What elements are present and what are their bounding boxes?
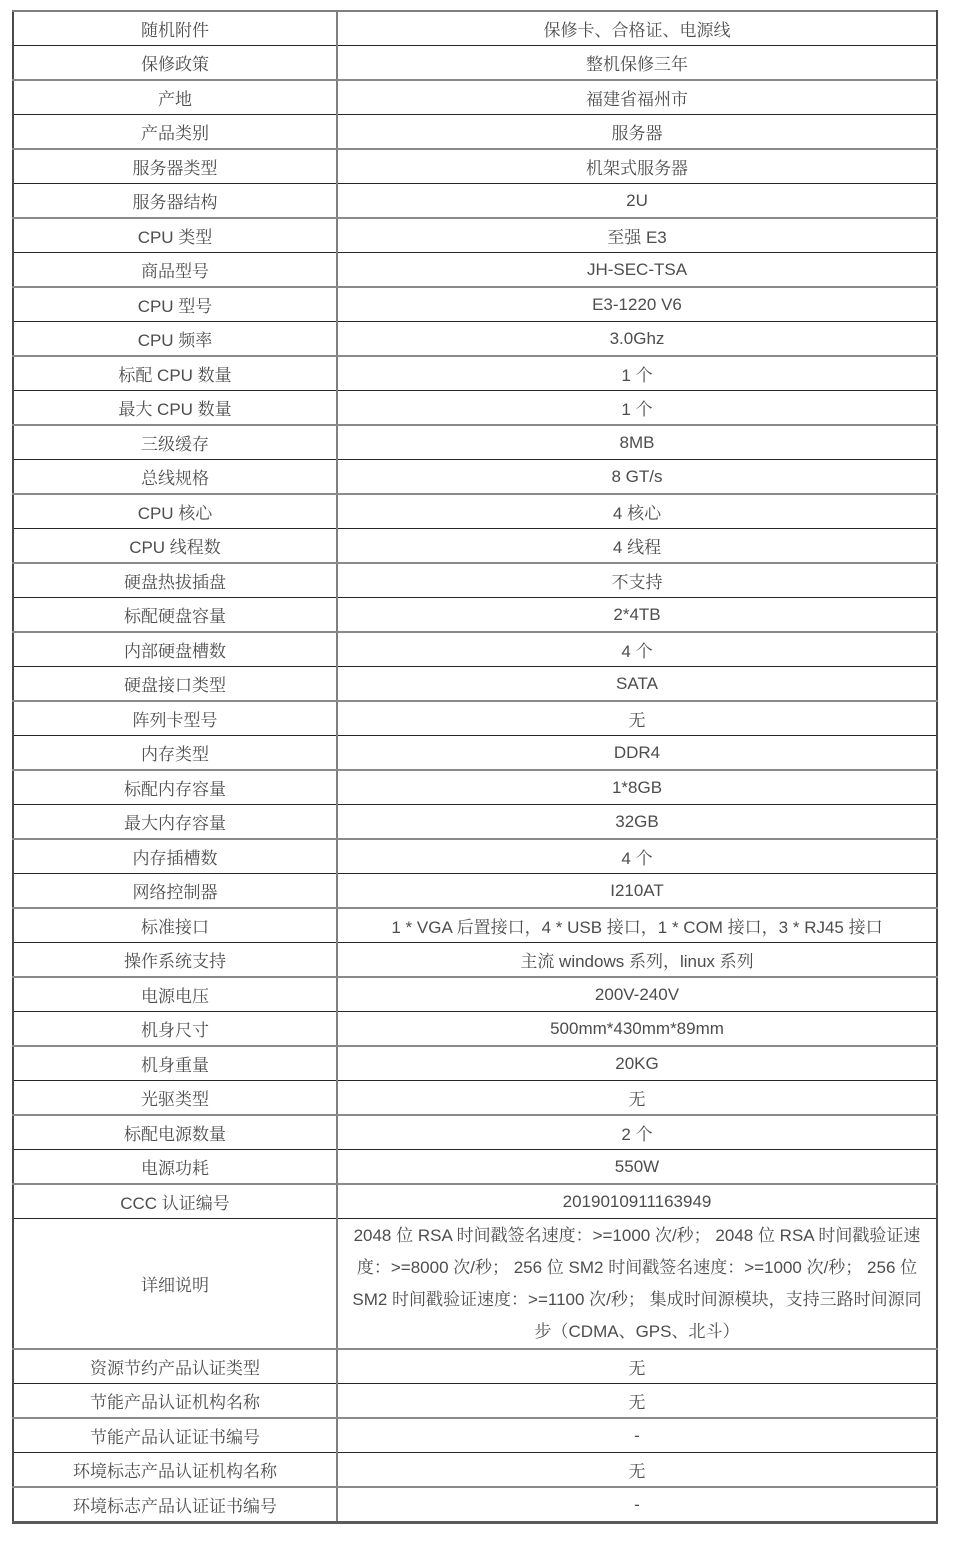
spec-label-cell: 服务器类型 (13, 149, 337, 184)
spec-value-cell: 32GB (337, 805, 937, 840)
table-row: 标配内存容量 1*8GB (13, 770, 937, 805)
spec-label-cell: 服务器结构 (13, 184, 337, 219)
spec-label-cell: 标配内存容量 (13, 770, 337, 805)
table-row: 硬盘热拔插盘 不支持 (13, 563, 937, 598)
spec-value-cell: 4 个 (337, 632, 937, 667)
spec-value-cell: 1 个 (337, 356, 937, 391)
table-row: 标配硬盘容量 2*4TB (13, 598, 937, 633)
table-row: 详细说明 2048 位 RSA 时间戳签名速度：>=1000 次/秒； 2048… (13, 1219, 937, 1350)
table-row: 内存类型 DDR4 (13, 736, 937, 771)
spec-value-cell: 2U (337, 184, 937, 219)
table-row: 保修政策 整机保修三年 (13, 46, 937, 81)
spec-label-cell: CPU 频率 (13, 322, 337, 357)
table-row: 最大内存容量 32GB (13, 805, 937, 840)
table-row: 标准接口 1 * VGA 后置接口，4 * USB 接口，1 * COM 接口，… (13, 908, 937, 943)
spec-label-cell: 最大 CPU 数量 (13, 391, 337, 426)
spec-value-cell: 20KG (337, 1046, 937, 1081)
spec-label-cell: CPU 类型 (13, 218, 337, 253)
spec-value-cell: 福建省福州市 (337, 80, 937, 115)
spec-label-cell: 内部硬盘槽数 (13, 632, 337, 667)
spec-label-cell: 标配硬盘容量 (13, 598, 337, 633)
spec-value-cell: 550W (337, 1150, 937, 1185)
table-row: 环境标志产品认证证书编号 - (13, 1487, 937, 1523)
spec-value-cell: 1 个 (337, 391, 937, 426)
spec-value-cell: 无 (337, 1081, 937, 1116)
spec-value-cell: 4 核心 (337, 494, 937, 529)
spec-label-cell: 三级缓存 (13, 425, 337, 460)
spec-value-cell: 1*8GB (337, 770, 937, 805)
spec-label-cell: 随机附件 (13, 11, 337, 46)
spec-value-cell: - (337, 1487, 937, 1523)
spec-value-cell: 服务器 (337, 115, 937, 150)
spec-value-cell: 2 个 (337, 1115, 937, 1150)
table-row: 操作系统支持 主流 windows 系列，linux 系列 (13, 943, 937, 978)
spec-value-cell: 4 线程 (337, 529, 937, 564)
table-row: CPU 类型 至强 E3 (13, 218, 937, 253)
spec-value-cell: E3-1220 V6 (337, 287, 937, 322)
spec-label-cell: 产地 (13, 80, 337, 115)
spec-value-cell: DDR4 (337, 736, 937, 771)
spec-value-cell: 无 (337, 1349, 937, 1384)
table-row: 节能产品认证机构名称 无 (13, 1384, 937, 1419)
spec-label-cell: 环境标志产品认证证书编号 (13, 1487, 337, 1523)
spec-value-cell: SATA (337, 667, 937, 702)
spec-label-cell: 节能产品认证证书编号 (13, 1418, 337, 1453)
spec-value-cell: - (337, 1418, 937, 1453)
spec-value-cell: 2*4TB (337, 598, 937, 633)
table-row: 网络控制器 I210AT (13, 874, 937, 909)
table-row: 产地 福建省福州市 (13, 80, 937, 115)
table-row: 阵列卡型号 无 (13, 701, 937, 736)
table-row: 硬盘接口类型 SATA (13, 667, 937, 702)
spec-value-cell: 无 (337, 1453, 937, 1488)
spec-label-cell: 内存类型 (13, 736, 337, 771)
table-row: CPU 线程数 4 线程 (13, 529, 937, 564)
table-row: 内部硬盘槽数 4 个 (13, 632, 937, 667)
table-row: CCC 认证编号 2019010911163949 (13, 1184, 937, 1219)
table-row: 服务器类型 机架式服务器 (13, 149, 937, 184)
spec-label-cell: 标准接口 (13, 908, 337, 943)
spec-table-body: 随机附件 保修卡、合格证、电源线 保修政策 整机保修三年 产地 福建省福州市 产… (13, 11, 937, 1523)
spec-label-cell: 操作系统支持 (13, 943, 337, 978)
spec-label-cell: 详细说明 (13, 1219, 337, 1350)
product-spec-table: 随机附件 保修卡、合格证、电源线 保修政策 整机保修三年 产地 福建省福州市 产… (12, 10, 938, 1524)
spec-value-cell: 8 GT/s (337, 460, 937, 495)
spec-label-cell: 节能产品认证机构名称 (13, 1384, 337, 1419)
spec-value-cell: 整机保修三年 (337, 46, 937, 81)
spec-label-cell: 光驱类型 (13, 1081, 337, 1116)
spec-label-cell: 电源功耗 (13, 1150, 337, 1185)
spec-sheet-page: 随机附件 保修卡、合格证、电源线 保修政策 整机保修三年 产地 福建省福州市 产… (0, 0, 960, 1552)
spec-value-cell: 机架式服务器 (337, 149, 937, 184)
table-row: 商品型号 JH-SEC-TSA (13, 253, 937, 288)
spec-label-cell: CPU 线程数 (13, 529, 337, 564)
spec-label-cell: 环境标志产品认证机构名称 (13, 1453, 337, 1488)
table-row: 机身重量 20KG (13, 1046, 937, 1081)
spec-label-cell: 产品类别 (13, 115, 337, 150)
spec-label-cell: CPU 型号 (13, 287, 337, 322)
spec-value-cell: JH-SEC-TSA (337, 253, 937, 288)
table-row: 资源节约产品认证类型 无 (13, 1349, 937, 1384)
spec-value-cell: 不支持 (337, 563, 937, 598)
table-row: 服务器结构 2U (13, 184, 937, 219)
table-row: 标配 CPU 数量 1 个 (13, 356, 937, 391)
spec-value-cell: 200V-240V (337, 977, 937, 1012)
table-row: 电源功耗 550W (13, 1150, 937, 1185)
table-row: 产品类别 服务器 (13, 115, 937, 150)
spec-label-cell: 机身重量 (13, 1046, 337, 1081)
spec-label-cell: 阵列卡型号 (13, 701, 337, 736)
spec-label-cell: 标配电源数量 (13, 1115, 337, 1150)
spec-label-cell: CCC 认证编号 (13, 1184, 337, 1219)
table-row: 电源电压 200V-240V (13, 977, 937, 1012)
table-row: 随机附件 保修卡、合格证、电源线 (13, 11, 937, 46)
spec-label-cell: CPU 核心 (13, 494, 337, 529)
spec-label-cell: 总线规格 (13, 460, 337, 495)
spec-label-cell: 硬盘热拔插盘 (13, 563, 337, 598)
spec-value-cell: 1 * VGA 后置接口，4 * USB 接口，1 * COM 接口，3 * R… (337, 908, 937, 943)
table-row: 光驱类型 无 (13, 1081, 937, 1116)
spec-label-cell: 商品型号 (13, 253, 337, 288)
table-row: CPU 核心 4 核心 (13, 494, 937, 529)
spec-label-cell: 内存插槽数 (13, 839, 337, 874)
spec-label-cell: 资源节约产品认证类型 (13, 1349, 337, 1384)
spec-label-cell: 保修政策 (13, 46, 337, 81)
spec-value-cell: 至强 E3 (337, 218, 937, 253)
spec-value-cell: 500mm*430mm*89mm (337, 1012, 937, 1047)
spec-value-cell: 2048 位 RSA 时间戳签名速度：>=1000 次/秒； 2048 位 RS… (337, 1219, 937, 1350)
table-row: 环境标志产品认证机构名称 无 (13, 1453, 937, 1488)
spec-label-cell: 电源电压 (13, 977, 337, 1012)
spec-value-cell: 主流 windows 系列，linux 系列 (337, 943, 937, 978)
spec-value-cell: 2019010911163949 (337, 1184, 937, 1219)
spec-value-cell: 3.0Ghz (337, 322, 937, 357)
spec-value-cell: 保修卡、合格证、电源线 (337, 11, 937, 46)
table-row: 三级缓存 8MB (13, 425, 937, 460)
spec-value-cell: 无 (337, 701, 937, 736)
spec-value-cell: I210AT (337, 874, 937, 909)
table-row: 内存插槽数 4 个 (13, 839, 937, 874)
table-row: 最大 CPU 数量 1 个 (13, 391, 937, 426)
table-row: 总线规格 8 GT/s (13, 460, 937, 495)
spec-value-cell: 4 个 (337, 839, 937, 874)
spec-label-cell: 网络控制器 (13, 874, 337, 909)
spec-value-cell: 无 (337, 1384, 937, 1419)
spec-label-cell: 最大内存容量 (13, 805, 337, 840)
table-row: 机身尺寸 500mm*430mm*89mm (13, 1012, 937, 1047)
spec-value-cell: 8MB (337, 425, 937, 460)
table-row: CPU 型号 E3-1220 V6 (13, 287, 937, 322)
table-row: 标配电源数量 2 个 (13, 1115, 937, 1150)
table-row: 节能产品认证证书编号 - (13, 1418, 937, 1453)
spec-label-cell: 标配 CPU 数量 (13, 356, 337, 391)
spec-label-cell: 硬盘接口类型 (13, 667, 337, 702)
spec-label-cell: 机身尺寸 (13, 1012, 337, 1047)
table-row: CPU 频率 3.0Ghz (13, 322, 937, 357)
